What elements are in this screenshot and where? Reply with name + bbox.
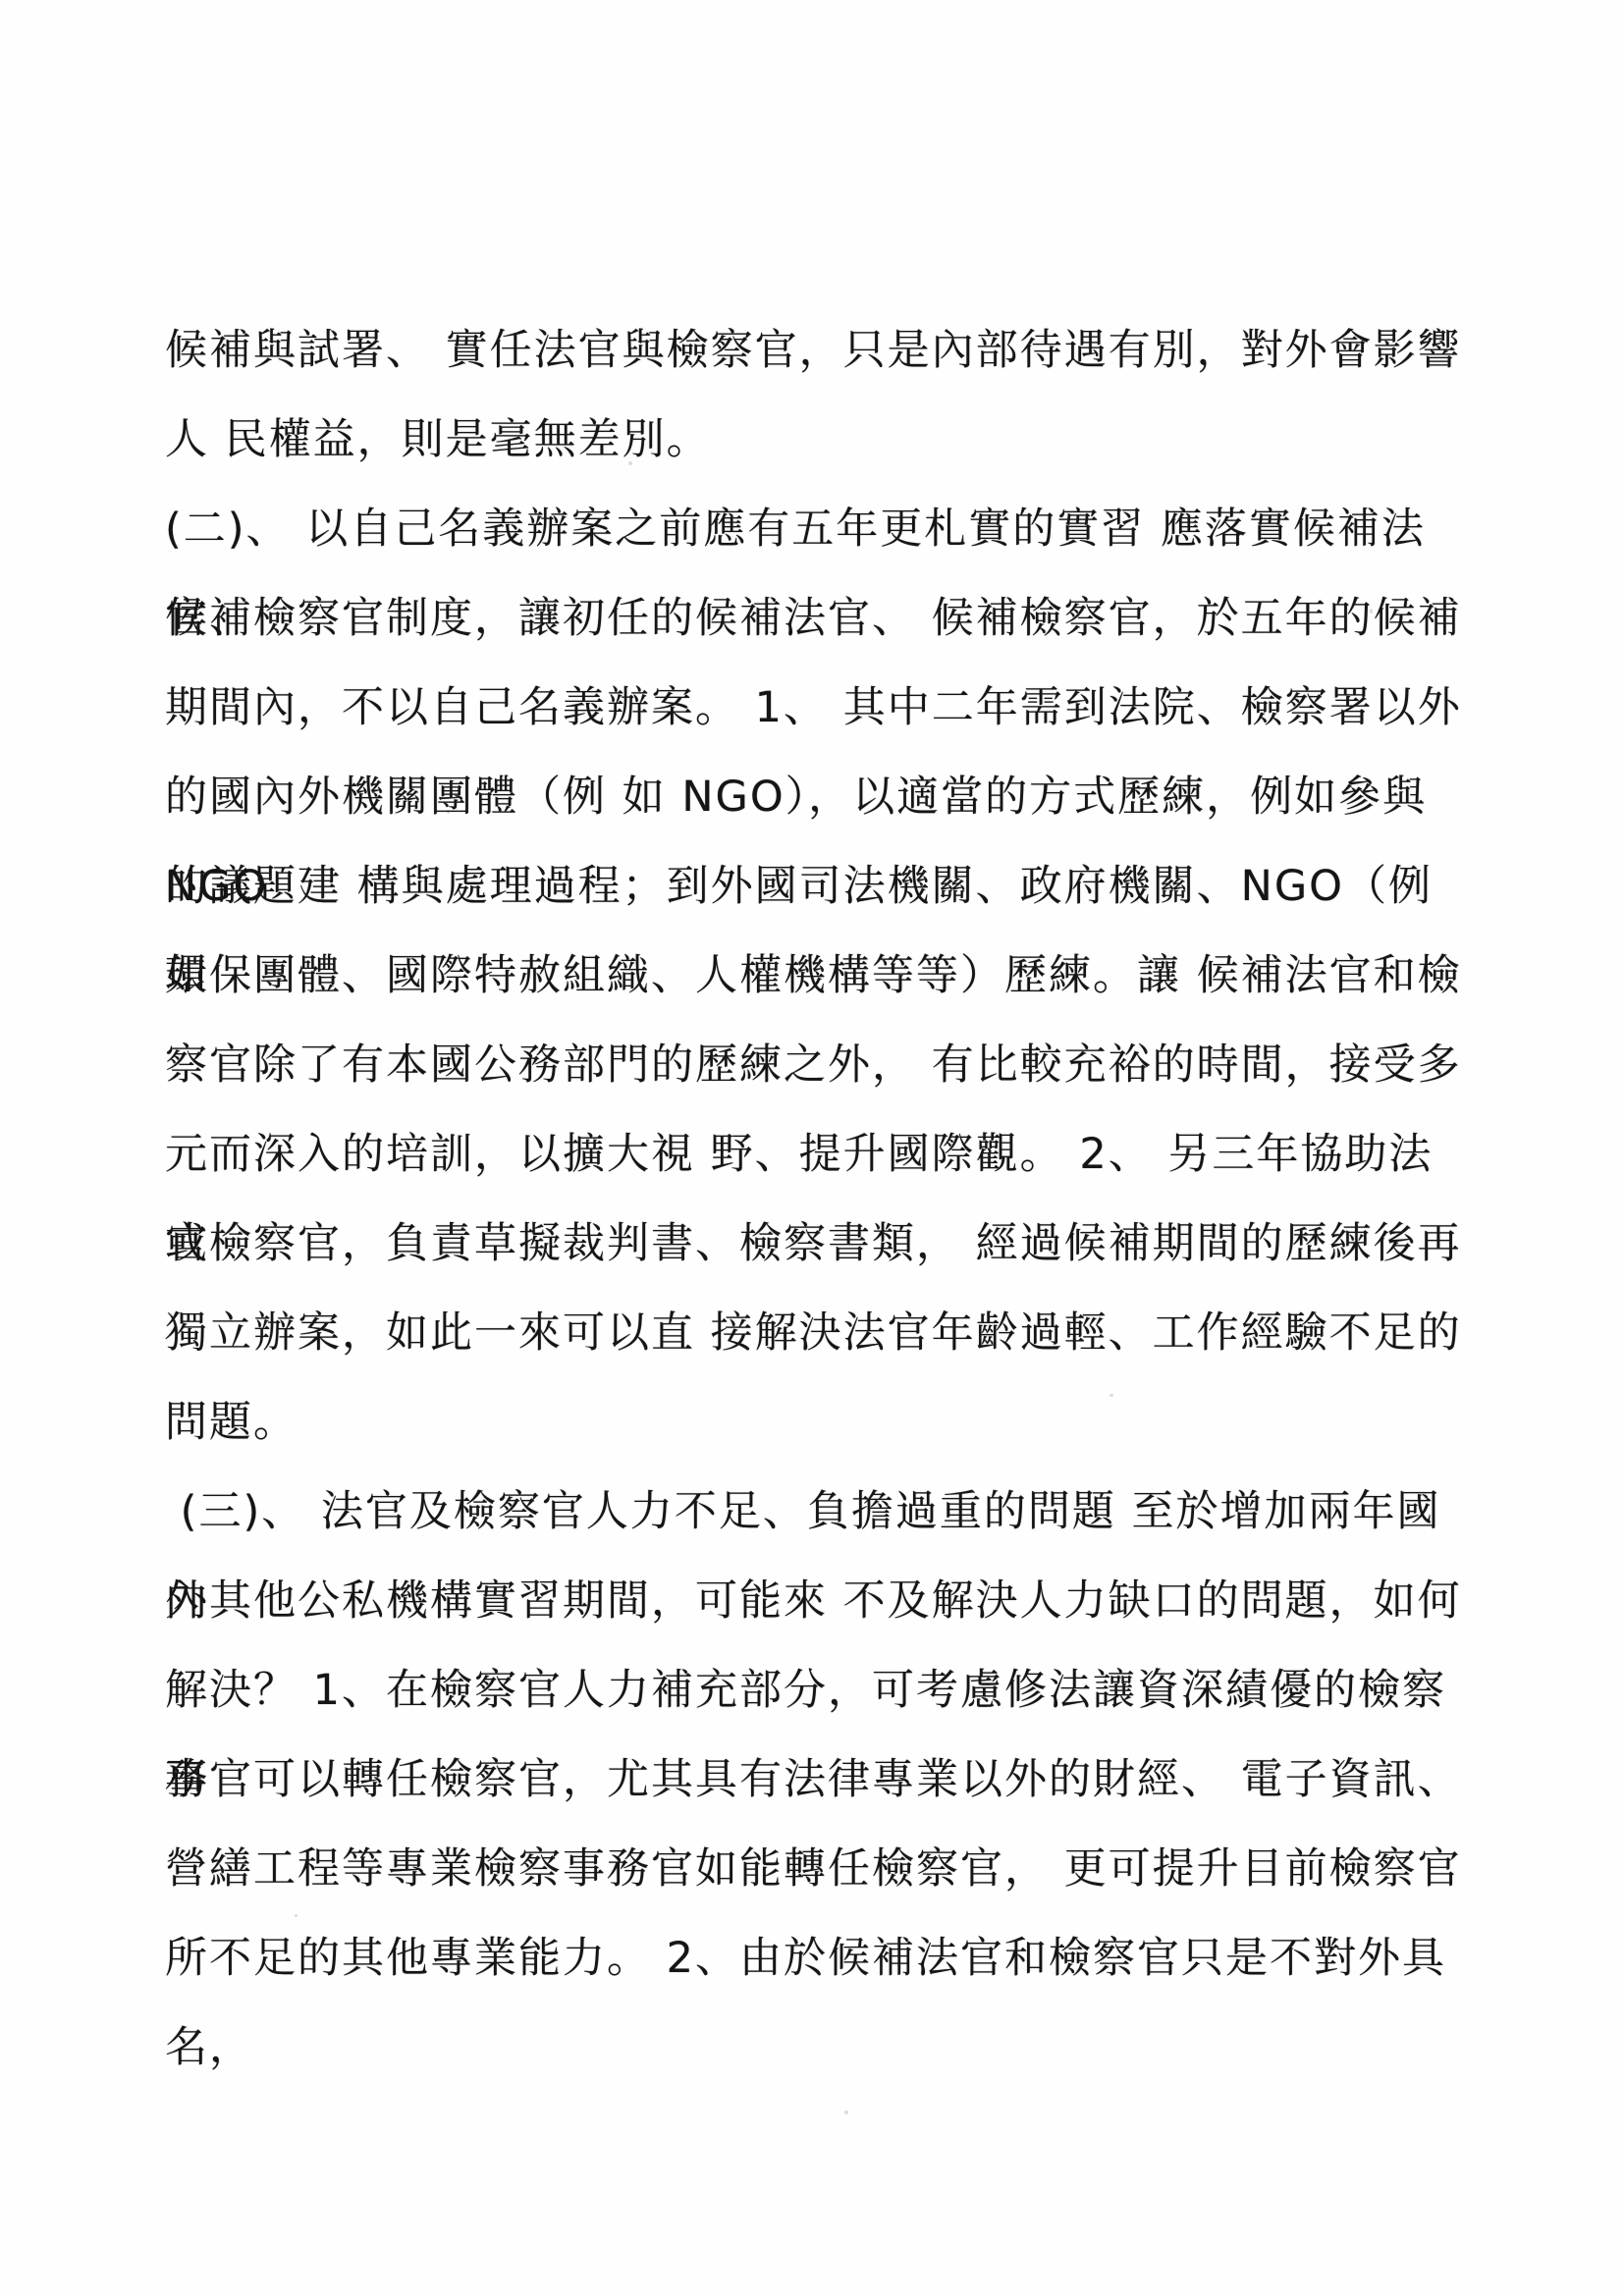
- text-line: 候補檢察官制度，讓初任的候補法官、 候補檢察官，於五年的候補: [165, 574, 1471, 664]
- text-line: 的議題建 構與處理過程；到外國司法機關、政府機關、NGO（例 如: [165, 842, 1471, 932]
- text-line: 所不足的其他專業能力。 2、由於候補法官和檢察官只是不對外具名，: [165, 1914, 1471, 2003]
- text-line: 的國內外機關團體（例 如 NGO），以適當的方式歷練，例如參與 NGO: [165, 753, 1471, 842]
- text-line: 元而深入的培訓，以擴大視 野、提升國際觀。 2、 另三年協助法官: [165, 1110, 1471, 1200]
- document-page: 候補與試署、 實任法官與檢察官，只是內部待遇有別，對外會影響 人 民權益，則是毫…: [0, 0, 1624, 2296]
- text-line: 察官除了有本國公務部門的歷練之外， 有比較充裕的時間，接受多: [165, 1021, 1471, 1110]
- text-line: 候補與試署、 實任法官與檢察官，只是內部待遇有別，對外會影響: [165, 306, 1471, 396]
- text-line: 務官可以轉任檢察官，尤其具有法律專業以外的財經、 電子資訊、: [165, 1735, 1471, 1825]
- text-line: 期間內，不以自己名義辦案。 1、 其中二年需到法院、檢察署以外: [165, 664, 1471, 753]
- text-line: 環保團體、國際特赦組織、人權機構等等）歷練。讓 候補法官和檢: [165, 932, 1471, 1021]
- document-text-block: 候補與試署、 實任法官與檢察官，只是內部待遇有別，對外會影響 人 民權益，則是毫…: [165, 306, 1471, 2003]
- text-line: 人 民權益，則是毫無差別。: [165, 396, 1471, 485]
- text-line: (三)、 法官及檢察官人力不足、負擔過重的問題 至於增加兩年國內: [165, 1468, 1471, 1557]
- text-line: 外其他公私機構實習期間，可能來 不及解決人力缺口的問題，如何: [165, 1557, 1471, 1646]
- text-line: 問題。: [165, 1378, 1471, 1468]
- text-line: 解決？ 1、在檢察官人力補充部分，可考慮修法讓資深績優的檢察 事: [165, 1646, 1471, 1735]
- text-line: 營繕工程等專業檢察事務官如能轉任檢察官， 更可提升目前檢察官: [165, 1825, 1471, 1914]
- text-line: 獨立辦案，如此一來可以直 接解決法官年齡過輕、工作經驗不足的: [165, 1289, 1471, 1378]
- text-line: (二)、 以自己名義辦案之前應有五年更札實的實習 應落實候補法官、: [165, 485, 1471, 574]
- text-line: 或檢察官，負責草擬裁判書、檢察書類， 經過候補期間的歷練後再: [165, 1200, 1471, 1289]
- scan-speck: [844, 2110, 848, 2114]
